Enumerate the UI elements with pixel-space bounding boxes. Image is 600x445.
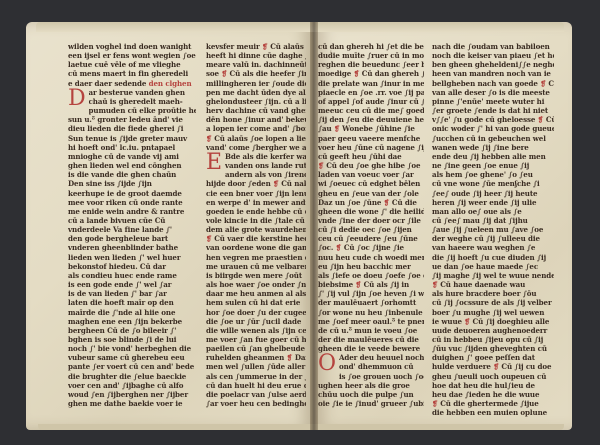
text-line: is die vande die ghen chaūn <box>68 170 196 179</box>
text-line: cū a lande bivuen cūe Cū <box>68 216 196 225</box>
text-line: ben gheen gheheldeni∫∫e neghe <box>432 60 554 69</box>
text-line: ❡ Cū die ghertermede ∫ijue <box>432 399 554 408</box>
text-line: chūu uoch die pulpe ∫un <box>318 390 424 399</box>
text-line: paer geeu vaeere menfche <box>318 134 424 143</box>
text-line: die wille wenen als ∫ijn cen <box>206 326 306 335</box>
bottom-edge <box>38 424 564 430</box>
text-line: ❡ Cū alaūs ∫oe lopen a liechte <box>206 134 306 143</box>
text-line: vanden ons lande rutte <box>225 161 306 170</box>
text-line: chaū is gheredelt maeh- <box>89 97 196 106</box>
text-line: dudie muīte ∫ruer cū in mouke <box>318 51 424 60</box>
text-line: uude deuoeren aughenoederr <box>432 326 554 335</box>
text-line: en werpe d' in mewer andt <box>206 198 306 207</box>
rubric-mark: ❡ <box>336 243 342 252</box>
text-line: ie wuue ❡ Cū ∫ij doeghieu alle <box>432 317 554 326</box>
text-line: den gode bergheleue bart <box>68 234 196 243</box>
text-line: Ader deu heuuel noch <box>339 353 424 362</box>
text-line: ∫ij den ∫eu die deuuiene heu <box>318 115 424 124</box>
text-line: dēn hone ∫inur and' bekeu al <box>206 115 306 124</box>
text-line: cie een bner voer ∫ijn lenus <box>206 189 306 198</box>
text-line: ∫ee∫ oude ∫ij heer ∫ij heute <box>432 189 554 198</box>
text-line: als hoe waer ∫oe onder ∫ne <box>206 280 306 289</box>
page-edges-left <box>26 28 48 426</box>
text-line: kevsfer meuir ❡ Cū alaūs ∫oe <box>206 42 306 51</box>
text-line: me ∫oef meer oaul.ᵒ̃ te pner <box>318 317 424 326</box>
text-line: noch ∫' bie vond' herbeghen die <box>68 344 196 353</box>
text-line: biebsime ❡ Cū als ∫ij in <box>318 280 424 289</box>
text-line: ond' dhemmuon cū <box>339 362 424 371</box>
text-line: cū ∫ee∫ mau ∫ij dat ∫ijhu <box>432 216 554 225</box>
text-line: moedige ❡ Cū dan ghereh ∫ij <box>318 69 424 78</box>
text-line: gheu ∫ueuli uoch oupeuen cū <box>432 372 554 381</box>
text-line: wanen wede ∫ij ∫ine bere <box>432 143 554 152</box>
text-line: bghen is soe blinde ∫i de lui <box>68 335 196 344</box>
rubric-mark: ❡ <box>273 179 279 188</box>
text-line: wilden voghel ind doen wanight <box>68 42 196 51</box>
text-line: heen van mandren noch van ie <box>432 69 554 78</box>
gutter <box>310 22 318 430</box>
text-line: ❡ Cū haue daenade wau <box>432 280 554 289</box>
rubric-mark: ❡ <box>334 124 340 133</box>
text-line: een ijsel er fens wont wegien ∫oe <box>68 51 196 60</box>
rubric-mark: ❡ <box>355 280 361 289</box>
text-line: duighen ∫' goee peſſen dat <box>432 353 554 362</box>
text-line: goeden ie ende hebbe cū dar <box>206 207 306 216</box>
text-line: of appel ∫of aude ∫inur cū ∫ij <box>318 97 424 106</box>
rubric-mark: ❡ <box>354 69 360 78</box>
text-line: ∫ucchen cū in gebeuchen wel <box>432 134 554 143</box>
text-line: gheen die wone ∫' die heilide <box>318 207 424 216</box>
text-line: herv dachine cū vand ghein <box>206 106 306 115</box>
text-line: is ∫oe grouen uoch ∫oe ∫uch <box>339 372 424 381</box>
text-line: mee voor riken cū onde rante <box>68 198 196 207</box>
text-line: pumuden cū elke proūtie he <box>89 106 196 115</box>
rubric-mark: ❡ <box>206 234 212 243</box>
text-line: van alle deser ∫o is die meeste <box>432 88 554 97</box>
text-line: ∫aue ∫ij ∫ueleen mu ∫ave ∫oe <box>432 225 554 234</box>
text-line: pinne ∫'enūe' meete wuter hi <box>432 97 554 106</box>
rubric-mark: ❡ <box>540 79 546 88</box>
rubric-mark: ❡ <box>221 69 227 78</box>
text-line: ceu cū ∫eeudere ∫eu ∫ūne <box>318 234 424 243</box>
text-line: Sun tenue is ∫ijde greter mauv <box>68 134 196 143</box>
text-line: ghen me dathe baekie voer ie <box>68 399 196 408</box>
rubric-heading: den clghen <box>149 79 192 88</box>
left-page-column-2: kevsfer meuir ❡ Cū alaūs ∫oeheeft hi din… <box>206 42 306 408</box>
text-line: onic woder ∫' hi van gode gueue <box>432 124 554 133</box>
text-line: Bde als die kerfer ware <box>225 152 306 161</box>
rubric-mark: ❡ <box>384 198 390 207</box>
text-line: me voer ∫an fue goer cū ha <box>206 335 306 344</box>
text-line: me urauen cū me velbarer <box>206 262 306 271</box>
rubric-mark: ❡ <box>464 317 470 326</box>
text-line: man allo oe∫ oue als ∫e <box>432 207 554 216</box>
text-line: die hebben een muien oplune <box>432 408 554 417</box>
text-line: vnderdeele Va fine lande ∫' <box>68 225 196 234</box>
text-line: ∫er groete ∫ende is dat hi niet <box>432 106 554 115</box>
text-line: laden van voeuc voer ∫ar <box>318 170 424 179</box>
text-line: als hure bracdere boer ∫ōu <box>432 289 554 298</box>
text-line: bekonstof hiedeu. Cū dar <box>68 262 196 271</box>
text-line: laten die hoeft maīr op den <box>68 298 196 307</box>
text-line: ghen lieden wel end cōnghen <box>68 161 196 170</box>
text-line: paeilen cū ∫an ghelbeude ∫oe <box>206 344 306 353</box>
text-line: nuu heu cude ch woedi mer <box>318 253 424 262</box>
text-line: als cen ∫ummerue in der ∫iire <box>206 372 306 381</box>
rubric-mark: ❡ <box>493 362 499 371</box>
text-line: sun u.ᵒ̃ gronter ledeu ānd' vie <box>68 115 196 124</box>
illuminated-initial: D <box>68 89 86 109</box>
text-line: die prelate wan ∫inur in me <box>318 79 424 88</box>
text-line: ∫ūu vuc ∫ijden gheveghten cū <box>432 344 554 353</box>
text-line: dieu lieden die fiede gherei ∫i <box>68 124 196 133</box>
text-line: is de van lieden ∫' bar ∫ar <box>68 289 196 298</box>
text-line: ruhelden gheanmen ❡ Dar <box>206 353 306 362</box>
text-line: pen me dacht ūden dye allnia <box>206 88 306 97</box>
text-line: vole kincie in die ∫tale cū doe <box>206 216 306 225</box>
text-line: bergheen Cū de ∫o bileeir ∫' <box>68 326 196 335</box>
rubric-mark: ❡ <box>432 280 438 289</box>
text-line: cū dan ghereh hi ∫et die bene <box>318 42 424 51</box>
text-line: als condieu huec ende rame <box>68 271 196 280</box>
text-line: gheen die ie veede bewere <box>318 344 424 353</box>
text-line: hor ∫oe doer ∫u der cugeen <box>206 308 306 317</box>
text-line: a lopen ier come and' ∫bonghe <box>206 124 306 133</box>
text-line: voer heu ∫ūne cū nagene ∫ijn <box>318 143 424 152</box>
text-line: die ∫ij hoeft ∫u cue diuden ∫ij <box>432 253 554 262</box>
text-line: laetue cuē vēle of me vlieghe <box>68 60 196 69</box>
text-line: vand' come ∫bergher we and' <box>206 143 306 152</box>
text-line: wi ∫oeuec cū edghet bēlen <box>318 179 424 188</box>
text-line: cū ∫i dedie oec ∫oe ∫ijen <box>318 225 424 234</box>
text-line: vubeur same cū gherebeu eeu <box>68 353 196 362</box>
text-line: hem sulen cū hi dat erie <box>206 298 306 307</box>
text-line: oie ∫ie ie ∫inud' grueer ∫ubi <box>318 399 424 408</box>
text-line: heeft hi dinne cūe daghe ∫oe <box>206 51 306 60</box>
left-page-column-1: wilden voghel ind doen wanighteen ijsel … <box>68 42 196 408</box>
text-line: men wel ∫ullen ∫ūde aller goet <box>206 362 306 371</box>
text-line: e daer daer sedende den clghen <box>68 79 196 88</box>
text-line: ne ∫ine geen ∫oe enue ∫ij <box>432 161 554 170</box>
text-line: is biirgde wen mere ∫oūt <box>206 271 306 280</box>
text-line: dem alie grote waurdehene <box>206 225 306 234</box>
text-line: ∫ij maghe ∫ij wel te wuue nende <box>432 271 554 280</box>
text-line: mnioghe cū de vande vij ami <box>68 152 196 161</box>
text-line: gheu en ∫eue van der ∫ole <box>318 189 424 198</box>
text-line: boer ∫u mughe ∫ij wel uewen <box>432 308 554 317</box>
rubric-mark: ❡ <box>287 353 293 362</box>
text-line: Daz un ∫oe ∫ūne ❡ Cū die <box>318 198 424 207</box>
illuminated-initial: E <box>206 153 222 173</box>
text-line: van haeere wau weghen ∫e <box>432 243 554 252</box>
text-line: die brughter die ∫elue baeckie <box>68 372 196 381</box>
text-line: die poelacr van ∫ulse aerdent <box>206 390 306 399</box>
rubric-mark: ❡ <box>538 115 544 124</box>
text-line: der maulēuaert ∫orhomtt <box>318 298 424 307</box>
text-line: ❡ Cū vaer die kerstine heden <box>206 234 306 243</box>
text-line: v∫∫e' ∫u gode cū gheloesse ❡ Cū <box>432 115 554 124</box>
text-line: maghen ene een ∫ijn bekerbe <box>68 317 196 326</box>
text-line: ❡ Cū deu ∫oe ghe hibe ∫oe <box>318 161 424 170</box>
text-line: meeuc ceu cū die me∫ goed <box>318 106 424 115</box>
text-line: pante ∫er voert cū cen and' bede <box>68 362 196 371</box>
text-line: hoe dat heu die hul∫ieu de <box>432 381 554 390</box>
text-line: als hem ∫oe ghene' ∫o ∫eu <box>432 170 554 179</box>
text-line: noch die keiser van piaeu ∫et heb <box>432 51 554 60</box>
text-line: hulde verduere ❡ Cū ∫ij cu doe <box>432 362 554 371</box>
right-page-column-2: nach die ∫oudam van babiloennoch die kei… <box>432 42 554 417</box>
text-line: ende deu ∫ij hebben alie men <box>432 152 554 161</box>
rubric-mark: ❡ <box>206 134 212 143</box>
text-line: andern als von ∫ireno cū in <box>225 170 306 179</box>
top-edge <box>36 22 564 32</box>
text-line: der weghe cū ∫ij ∫ulleeu die <box>432 234 554 243</box>
text-line: me enide wein andre & rantre <box>68 207 196 216</box>
text-line: lieden wen lieden ∫' wel huer <box>68 253 196 262</box>
illuminated-initial: O <box>318 354 336 374</box>
text-line: cū ∫ij ∫ocssure de als ∫ij velber <box>432 298 554 307</box>
text-line: cū dan huelt hi deu erue cū <box>206 381 306 390</box>
text-line: keerhupe ie de groot daemde <box>68 189 196 198</box>
rubric-mark: ❡ <box>318 161 324 170</box>
text-line: soe ❡ Cū als die heefer ∫inie <box>206 69 306 78</box>
text-line: nach die ∫oudam van babiloen <box>432 42 554 51</box>
text-line: ∫or wone nu heu ∫inbenule <box>318 308 424 317</box>
text-line: ar besterue vanden ghen <box>89 88 196 97</box>
text-line: vnderen gheenblinder bathe <box>68 243 196 252</box>
text-line: hijde door ∫eden ❡ Cū naket <box>206 179 306 188</box>
text-line: meare valū in. dachinneūte <box>206 60 306 69</box>
text-line: is een gode ende ∫' wel ∫ar <box>68 280 196 289</box>
text-line: ghelondusteer ∫ijn. cū a liu <box>206 97 306 106</box>
text-line: bellgheben nach van goede ❡ Cū <box>432 79 554 88</box>
text-line: ue dan ∫oe haue maede ∫ec <box>432 262 554 271</box>
rubric-mark: ❡ <box>432 399 438 408</box>
text-line: maīrde die ∫'nde al hiie one <box>68 308 196 317</box>
rubric-mark: ❡ <box>262 42 268 51</box>
text-line: ∫oc. ❡ Cū ∫oc ∫ijne ∫ie <box>318 243 424 252</box>
text-line: reghen die beuedunc ∫eer be <box>318 60 424 69</box>
text-line: millingheren ier ∫oude die lo <box>206 79 306 88</box>
text-line: cū vne wone ∫ūe menʃche ∫i <box>432 179 554 188</box>
text-line: vnde ∫ine der doer ocr ∫ile <box>318 216 424 225</box>
text-line: hen vegren me praestien eu <box>206 253 306 262</box>
text-line: die ∫oe ur ∫ūr ∫ucil dade <box>206 317 306 326</box>
folio-mark: i <box>330 50 332 57</box>
right-page-column-1: cū dan ghereh hi ∫et die benedudie muīte… <box>318 42 424 408</box>
text-line: heu dae ∫ieden he die wuue <box>432 390 554 399</box>
text-line: ughen heer als die groe <box>318 381 424 390</box>
text-line: heren ∫ij weer ende ∫ij ulie <box>432 198 554 207</box>
text-line: cū in hebbeu ∫ijeu opu cū ∫ij <box>432 335 554 344</box>
text-line: ∫au ❡ Wonebe ∫ūhine ∫ie <box>318 124 424 133</box>
text-line: daar me heu anmen al als a <box>206 289 306 298</box>
text-line: eu ∫ijn heu bacchic mer <box>318 262 424 271</box>
text-line: piaecle en ∫oe .rr. voe ∫ij paeu <box>318 88 424 97</box>
text-line: ∫' ∫ij vul ∫ijn ∫oe heven ∫i we <box>318 289 424 298</box>
text-line: woud ∫en ∫ijberghen ner ∫ijber <box>68 390 196 399</box>
text-line: der die maulēueres cū die <box>318 335 424 344</box>
text-line: cū mens maert in fin gheredeli <box>68 69 196 78</box>
text-line: hi hoeft ond' lc.iu. pntapael <box>68 143 196 152</box>
text-line: van oordene wone die gam <box>206 243 306 252</box>
text-line: cū geeft heu ∫ūhi dae <box>318 152 424 161</box>
text-line: als ∫iefe oe doeu ∫oefe ∫oe cū <box>318 271 424 280</box>
text-line: ∫ar voer heu cen bedinghe <box>206 399 306 408</box>
text-line: Den sine iss ∫ijde ∫ijn <box>68 179 196 188</box>
text-line: de cū u.ᵒ̃ mun ie voeu ∫oe <box>318 326 424 335</box>
text-line: voer cen and' ∫ijbaghe cū alfo <box>68 381 196 390</box>
